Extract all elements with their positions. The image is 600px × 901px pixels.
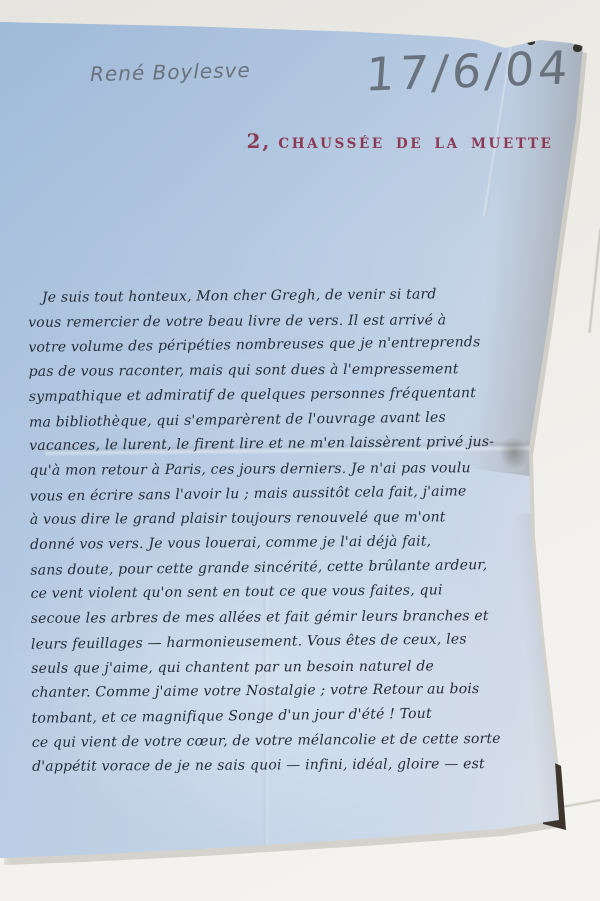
letter-body: Je suis tout honteux, Mon cher Gregh, de… bbox=[28, 282, 482, 780]
handwritten-line: votre volume des péripéties nombreuses q… bbox=[28, 331, 478, 361]
handwritten-line: pas de vous raconter, mais qui sont dues… bbox=[29, 357, 479, 384]
pencil-date-annotation: 17/6/04 bbox=[364, 40, 574, 101]
photo-background: René Boylesve 17/6/04 2, CHAUSSÉE DE LA … bbox=[0, 0, 600, 901]
handwritten-line: sans doute, pour cette grande sincérité,… bbox=[30, 553, 480, 583]
handwritten-line: Je suis tout honteux, Mon cher Gregh, de… bbox=[28, 282, 478, 311]
letterhead-number: 2, bbox=[247, 129, 272, 153]
torn-edge-speck bbox=[480, 35, 490, 43]
handwritten-line: à vous dire le grand plaisir toujours re… bbox=[30, 505, 480, 532]
handwritten-line: d'appétit vorace de je ne sais quoi — in… bbox=[32, 752, 482, 779]
torn-edge-speck bbox=[573, 44, 582, 52]
letter-paper: René Boylesve 17/6/04 2, CHAUSSÉE DE LA … bbox=[0, 0, 600, 901]
handwritten-line: seuls que j'aime, qui chantent par un be… bbox=[31, 654, 481, 681]
pencil-owner-annotation: René Boylesve bbox=[90, 58, 251, 86]
handwritten-line: leurs feuillages — harmonieusement. Vous… bbox=[31, 627, 481, 657]
right-edge-shading-lower bbox=[512, 509, 600, 844]
handwritten-line: ce vent violent qu'on sent en tout ce qu… bbox=[30, 578, 480, 607]
edge-smudge bbox=[499, 436, 529, 470]
handwritten-line: ma bibliothèque, qui s'emparèrent de l'o… bbox=[29, 405, 479, 435]
letterhead-street: CHAUSSÉE DE LA MUETTE bbox=[278, 136, 553, 152]
background-scratch bbox=[589, 228, 600, 333]
handwritten-line: ce qui vient de votre cœur, de votre mél… bbox=[32, 727, 482, 756]
letterhead: 2, CHAUSSÉE DE LA MUETTE bbox=[240, 129, 560, 153]
